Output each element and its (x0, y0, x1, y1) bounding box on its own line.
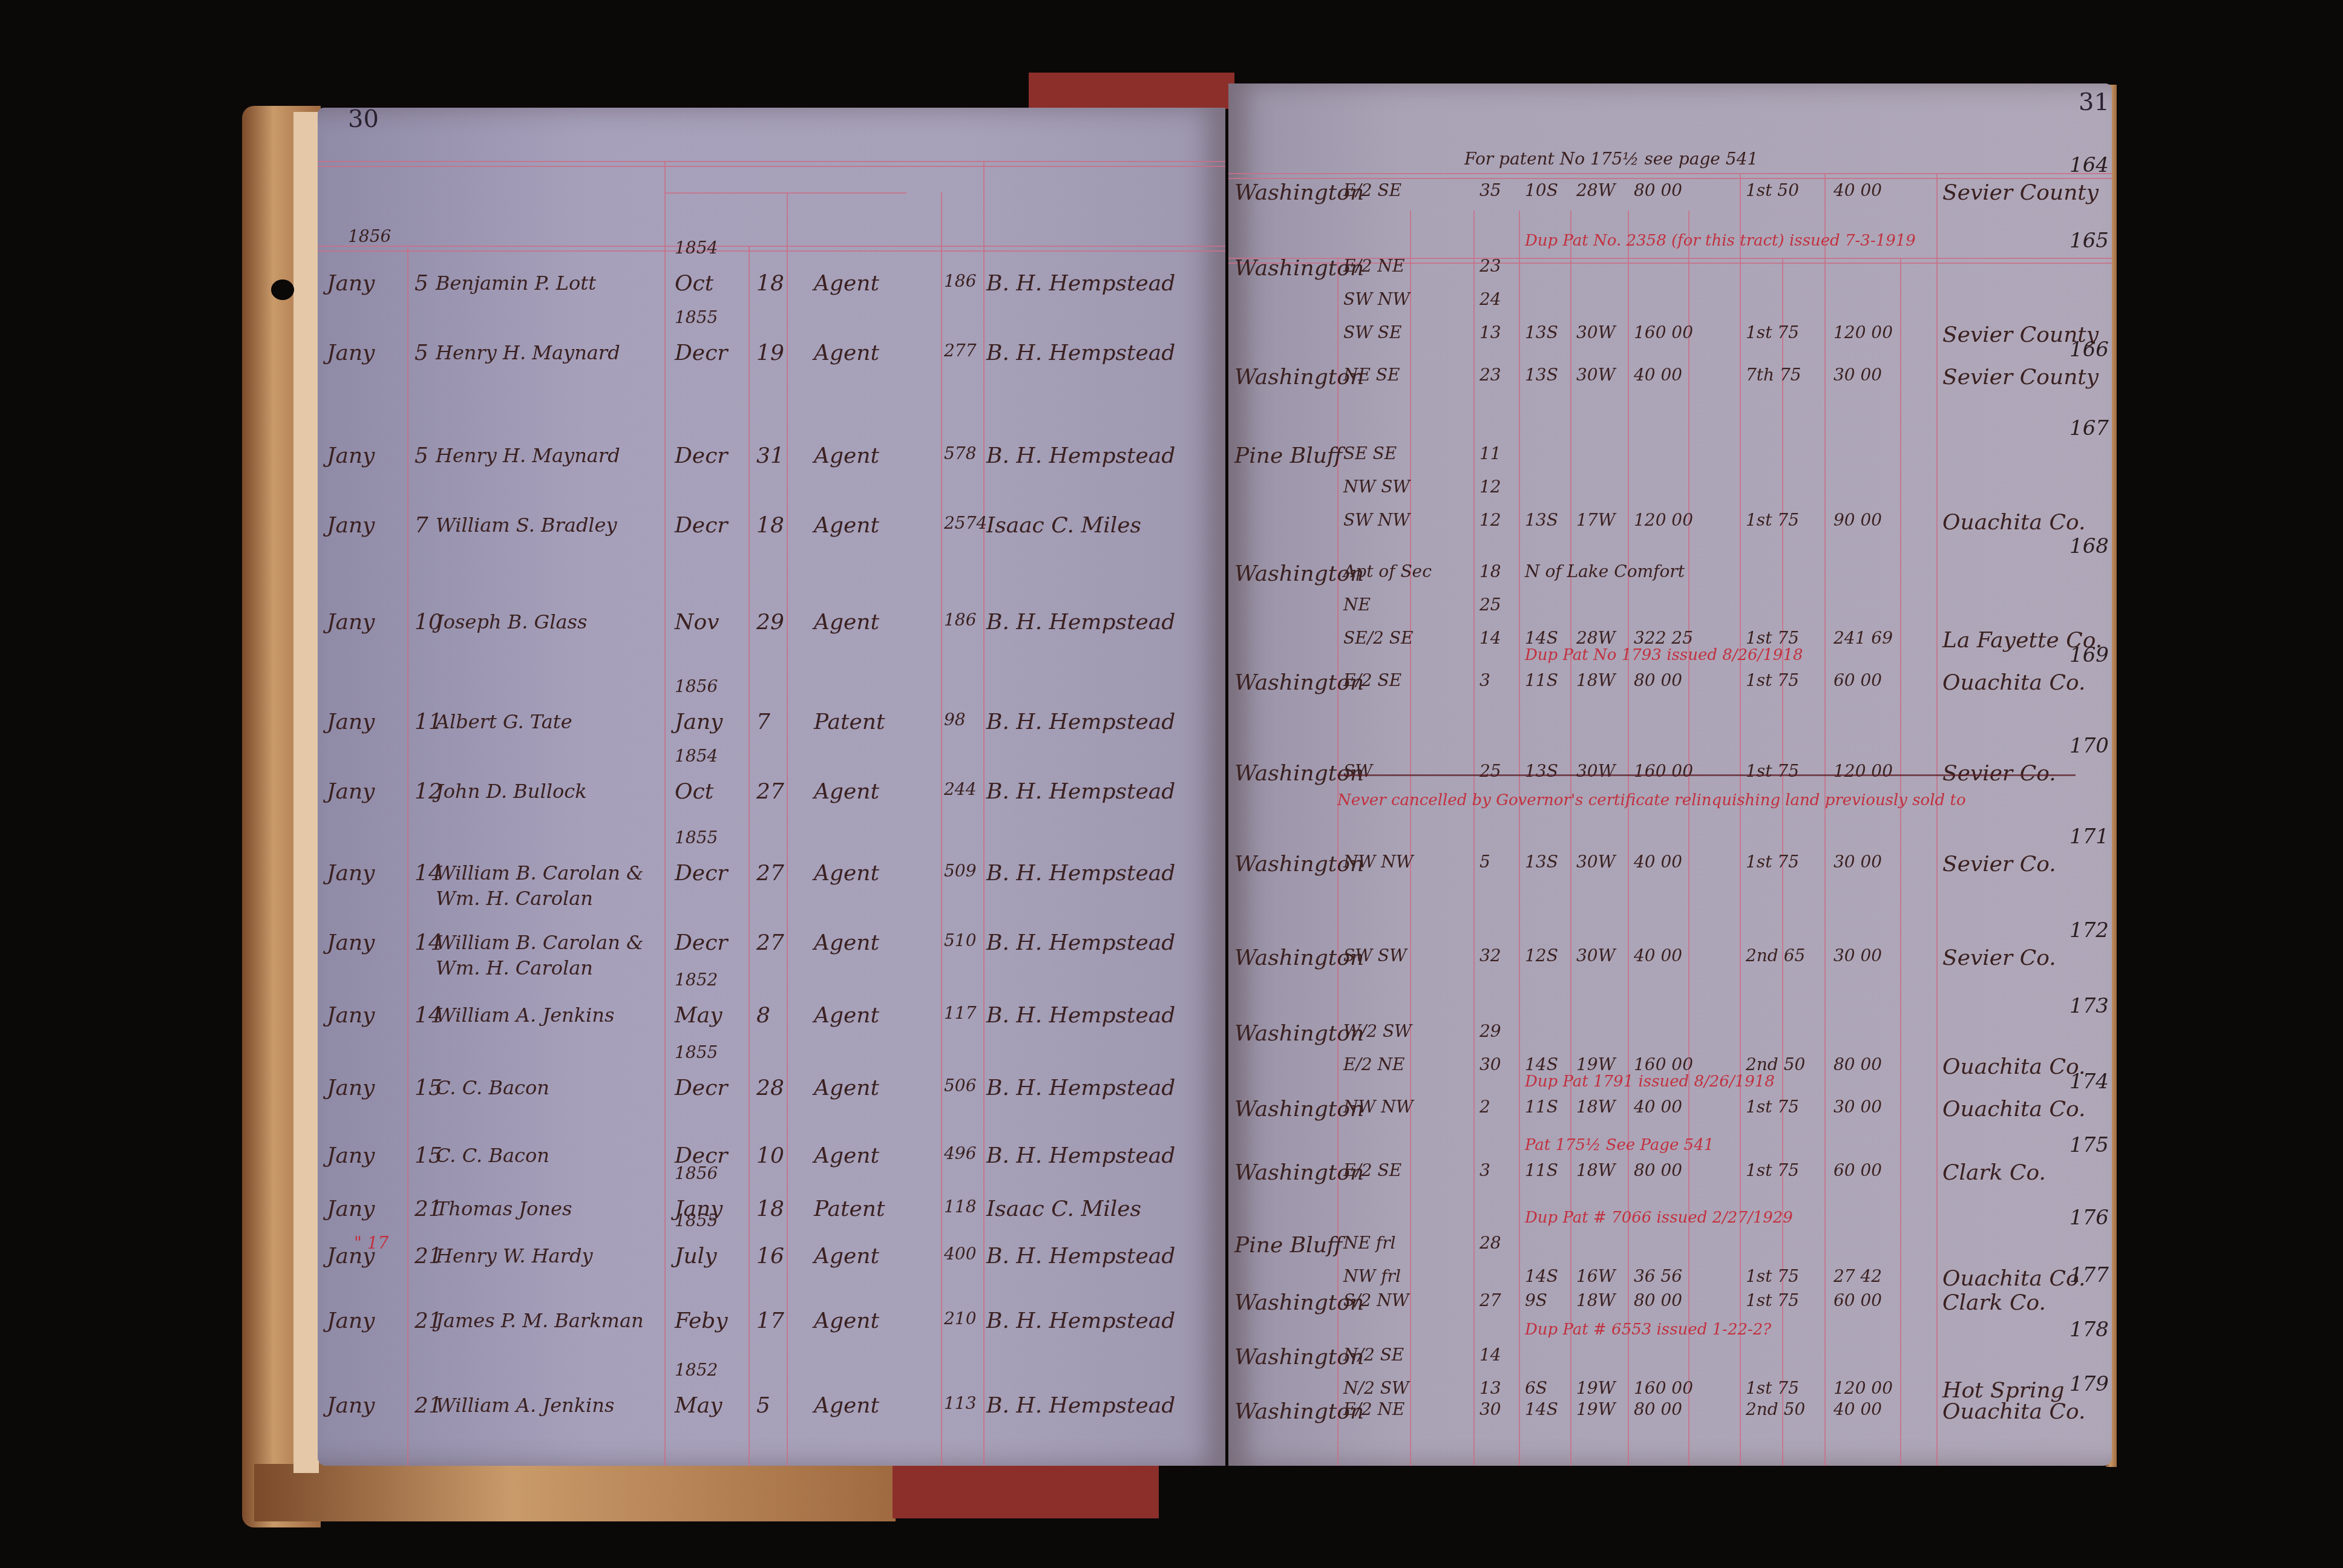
entry-register: B. H. Hempstead (986, 271, 1175, 296)
entry-section: 3 (1480, 1160, 1490, 1180)
entry-cert-no: 186 (944, 271, 976, 291)
entry-section: 27 (1480, 1290, 1501, 1310)
entry-cert-no: 2574 (944, 513, 987, 533)
entry-year: 1856 (675, 676, 718, 696)
col-rule (1473, 211, 1475, 1466)
entry-month: Jany (327, 513, 375, 538)
entry-section: 5 (1480, 852, 1490, 872)
entry-month: Jany (327, 1003, 375, 1028)
entry-year: 1852 (675, 1360, 718, 1380)
col-rule (1410, 211, 1411, 1466)
entry-section: 35 (1480, 180, 1501, 200)
book-spine-red-top (1029, 73, 1234, 109)
entry-town: 13S (1525, 510, 1558, 530)
entry-name: William B. Carolan & Wm. H. Carolan (436, 861, 666, 911)
entry-date-month: May (675, 1003, 723, 1028)
entry-cert-no: 510 (944, 930, 976, 950)
entry-register: B. H. Hempstead (986, 710, 1175, 734)
entry-part: Apt of Sec (1343, 561, 1432, 581)
entry-cert-no: 244 (944, 779, 976, 799)
entry-town: 14S (1525, 1266, 1558, 1286)
col-rule (1519, 211, 1520, 1466)
entry-name: Thomas Jones (436, 1197, 572, 1222)
entry-part: SW SW (1343, 946, 1407, 965)
entry-name: James P. M. Barkman (436, 1308, 644, 1334)
entry-via: Agent (814, 779, 879, 804)
entry-town: 13S (1525, 365, 1558, 385)
entry-county: Ouachita Co. (1942, 510, 2085, 535)
entry-date-day: 29 (756, 610, 784, 635)
entry-part: SW NW (1343, 510, 1410, 530)
entry-acres: 36 56 (1634, 1266, 1682, 1286)
entry-rate: 1st 50 (1746, 180, 1799, 200)
entry-county: Sevier Co. (1942, 946, 2056, 970)
entry-section: 30 (1480, 1054, 1501, 1074)
entry-amount: 90 00 (1833, 510, 1882, 530)
entry-via: Agent (814, 610, 879, 635)
entry-range: 30W (1576, 761, 1615, 781)
entry-acres: 40 00 (1634, 365, 1682, 385)
entry-amount: 60 00 (1833, 1290, 1882, 1310)
entry-section: 29 (1480, 1021, 1501, 1041)
binding-hole (271, 279, 294, 300)
entry-section: 12 (1480, 477, 1501, 497)
entry-cert-no: 496 (944, 1143, 976, 1163)
entry-town: 14S (1525, 1399, 1558, 1419)
entry-amount: 80 00 (1833, 1054, 1882, 1074)
entry-acres: 160 00 (1634, 322, 1693, 342)
entry-rate: 1st 75 (1746, 670, 1799, 690)
entry-register: Isaac C. Miles (986, 1197, 1141, 1221)
entry-section: 14 (1480, 1345, 1501, 1365)
entry-day: 5 (415, 271, 428, 296)
entry-rate: 1st 75 (1746, 1266, 1799, 1286)
entry-cert-no: 277 (944, 341, 976, 361)
entry-rate: 1st 75 (1746, 852, 1799, 872)
entry-town: 13S (1525, 852, 1558, 872)
entry-register: B. H. Hempstead (986, 1244, 1175, 1269)
entry-part: NW SW (1343, 477, 1410, 497)
entry-date-day: 28 (756, 1076, 784, 1100)
entry-acres: 80 00 (1634, 670, 1682, 690)
entry-rate: 1st 75 (1746, 761, 1799, 781)
entry-year: 1854 (675, 238, 718, 258)
patent-no: 170 (2069, 734, 2109, 758)
patent-no: 168 (2069, 534, 2109, 558)
patent-no: 178 (2069, 1318, 2109, 1342)
entry-month: Jany (327, 1076, 375, 1100)
entry-amount: 120 00 (1833, 1378, 1893, 1398)
entry-day: 5 (415, 341, 428, 365)
entry-part: E/2 NE (1343, 256, 1405, 276)
col-rule (749, 247, 750, 1466)
entry-range: 30W (1576, 852, 1615, 872)
entry-rate: 2nd 50 (1746, 1054, 1805, 1074)
entry-part: NE (1343, 595, 1371, 615)
entry-via: Patent (814, 710, 885, 734)
entry-month: Jany (327, 341, 375, 365)
entry-range: 19W (1576, 1054, 1615, 1074)
entry-part: SE SE (1343, 443, 1397, 463)
entry-name: William A. Jenkins (436, 1003, 614, 1028)
entry-part: NE frl (1343, 1233, 1396, 1253)
entry-town: 12S (1525, 946, 1558, 965)
entry-rate: 1st 75 (1746, 1160, 1799, 1180)
entry-cert-no: 400 (944, 1244, 976, 1264)
entry-name: Henry H. Maynard (436, 443, 620, 469)
entry-county: Sevier County (1942, 365, 2099, 390)
ledger-page-right: 31 For patent No 175½ see page 541 164Wa… (1228, 83, 2112, 1466)
entry-register: B. H. Hempstead (986, 1143, 1175, 1168)
entry-town: 11S (1525, 1160, 1558, 1180)
entry-date-month: Decr (675, 513, 728, 538)
entry-amount: 30 00 (1833, 1097, 1882, 1117)
entry-date-month: Jany (675, 710, 723, 734)
entry-year: 1854 (675, 746, 718, 766)
entry-range: 30W (1576, 322, 1615, 342)
entry-part: NW NW (1343, 852, 1413, 872)
entry-date-day: 16 (756, 1244, 784, 1269)
entry-register: B. H. Hempstead (986, 930, 1175, 955)
entry-range: 17W (1576, 510, 1615, 530)
entry-month: Jany (327, 861, 375, 886)
col-rule (1824, 174, 1826, 1466)
entry-date-month: Decr (675, 861, 728, 886)
entry-rate: 1st 75 (1746, 1378, 1799, 1398)
entry-cert-no: 117 (944, 1003, 976, 1023)
entry-acres: 160 00 (1634, 1054, 1693, 1074)
entry-part: S/2 NW (1343, 1290, 1409, 1310)
entry-town: 13S (1525, 761, 1558, 781)
patent-no: 177 (2069, 1263, 2109, 1287)
entry-amount: 30 00 (1833, 946, 1882, 965)
entry-part: NE SE (1343, 365, 1400, 385)
header-rule-bottom (318, 246, 1225, 252)
entry-register: B. H. Hempstead (986, 861, 1175, 886)
entry-via: Agent (814, 930, 879, 955)
entry-section: 13 (1480, 1378, 1501, 1398)
entry-rate: 1st 75 (1746, 628, 1799, 648)
entry-register: B. H. Hempstead (986, 1076, 1175, 1100)
entry-part: N/2 SE (1343, 1345, 1404, 1365)
entry-amount: 27 42 (1833, 1266, 1882, 1286)
entry-month: Jany (327, 1308, 375, 1333)
patent-no: 166 (2069, 338, 2109, 362)
entry-section: 13 (1480, 322, 1501, 342)
entry-cert-no: 118 (944, 1197, 976, 1217)
entry-date-day: 27 (756, 779, 784, 804)
entry-rate: 1st 75 (1746, 510, 1799, 530)
col-rule (1740, 174, 1741, 1466)
red-annotation: Dup Pat No. 2358 (for this tract) issued… (1525, 232, 1916, 250)
entry-part: E/2 NE (1343, 1054, 1405, 1074)
patent-no: 167 (2069, 416, 2109, 440)
entry-name: William S. Bradley (436, 513, 617, 538)
entry-office: Pine Bluff (1234, 443, 1342, 468)
patent-no: 175 (2069, 1133, 2109, 1157)
entry-part: NW frl (1343, 1266, 1401, 1286)
entry-month: Jany (327, 271, 375, 296)
patent-no: 172 (2069, 918, 2109, 942)
entry-town: 9S (1525, 1290, 1547, 1310)
entry-via: Agent (814, 1308, 879, 1333)
header-rule-top (318, 161, 1225, 167)
entry-amount: 60 00 (1833, 670, 1882, 690)
entry-county: Clark Co. (1942, 1290, 2046, 1315)
entry-amount: 40 00 (1833, 180, 1882, 200)
entry-via: Agent (814, 513, 879, 538)
entry-county: Clark Co. (1942, 1160, 2046, 1185)
entry-name: C. C. Bacon (436, 1076, 549, 1101)
entry-date-month: Decr (675, 1076, 728, 1100)
entry-register: B. H. Hempstead (986, 341, 1175, 365)
entry-month: Jany (327, 779, 375, 804)
entry-year: 1855 (675, 1042, 718, 1062)
entry-section: 24 (1480, 289, 1501, 309)
entry-rate: 1st 75 (1746, 1097, 1799, 1117)
entry-range: 28W (1576, 180, 1615, 200)
entry-month: Jany (327, 610, 375, 635)
entry-part: E/2 NE (1343, 1399, 1405, 1419)
col-rule (1570, 211, 1571, 1466)
entry-acres: 40 00 (1634, 946, 1682, 965)
entry-part: SW (1343, 761, 1372, 781)
red-annotation: Dup Pat # 6553 issued 1-22-2? (1525, 1321, 1771, 1339)
entry-day: 7 (415, 513, 428, 538)
entry-register: B. H. Hempstead (986, 443, 1175, 468)
entry-town: 11S (1525, 1097, 1558, 1117)
entry-via: Agent (814, 1143, 879, 1168)
entry-amount: 241 69 (1833, 628, 1893, 648)
entry-name: William A. Jenkins (436, 1393, 614, 1419)
entry-register: B. H. Hempstead (986, 1308, 1175, 1333)
entry-date-month: Oct (675, 271, 713, 296)
entry-section: 12 (1480, 510, 1501, 530)
entry-range: 16W (1576, 1266, 1615, 1286)
entry-date-day: 5 (756, 1393, 770, 1418)
ledger-page-left: 30 1856 Jany5Benjamin P. Lott1854Oct18Ag… (318, 108, 1225, 1466)
entry-county: Ouachita Co. (1942, 670, 2085, 695)
entry-amount: 120 00 (1833, 322, 1893, 342)
entry-acres: 80 00 (1634, 1290, 1682, 1310)
entry-amount: 30 00 (1833, 365, 1882, 385)
col-rule (1936, 174, 1938, 1466)
entry-via: Agent (814, 861, 879, 886)
entry-register: B. H. Hempstead (986, 1393, 1175, 1418)
entry-acres: 40 00 (1634, 852, 1682, 872)
entry-acres: 80 00 (1634, 1160, 1682, 1180)
entry-month: Jany (327, 443, 375, 468)
entry-year: 1856 (675, 1163, 718, 1183)
entry-cert-no: 113 (944, 1393, 976, 1413)
entry-date-month: Oct (675, 779, 713, 804)
entry-range: 19W (1576, 1399, 1615, 1419)
entry-date-day: 31 (756, 443, 784, 468)
entry-part: E/2 SE (1343, 180, 1401, 200)
entry-month: Jany (327, 1393, 375, 1418)
entry-county: Sevier Co. (1942, 761, 2056, 786)
red-annotation: Dup Pat 1791 issued 8/26/1918 (1525, 1073, 1775, 1091)
entry-rate: 7th 75 (1746, 365, 1801, 385)
entry-range: 18W (1576, 670, 1615, 690)
entry-section: 28 (1480, 1233, 1501, 1253)
patent-no: 169 (2069, 643, 2109, 667)
entry-date-day: 7 (756, 710, 770, 734)
entry-date-month: Decr (675, 443, 728, 468)
entry-county: Ouachita Co. (1942, 1399, 2085, 1424)
entry-date-day: 18 (756, 1197, 784, 1221)
entry-register: B. H. Hempstead (986, 610, 1175, 635)
patent-no: 165 (2069, 229, 2109, 253)
entry-acres: 80 00 (1634, 1399, 1682, 1419)
entry-part: E/2 SE (1343, 670, 1401, 690)
entry-part: SE/2 SE (1343, 628, 1413, 648)
red-annotation: Dup Pat # 7066 issued 2/27/1929 (1525, 1209, 1793, 1227)
book-spine-red-bottom (893, 1464, 1159, 1518)
entry-rate: 2nd 50 (1746, 1399, 1805, 1419)
col-rule (787, 192, 788, 1466)
entry-acres: 120 00 (1634, 510, 1693, 530)
entry-note: N of Lake Comfort (1525, 561, 1685, 581)
col-rule (983, 161, 985, 1466)
entry-name: Joseph B. Glass (436, 610, 587, 635)
entry-via: Agent (814, 1076, 879, 1100)
entry-section: 23 (1480, 365, 1501, 385)
entry-amount: 120 00 (1833, 761, 1893, 781)
entry-town: 10S (1525, 180, 1558, 200)
entry-part: SW NW (1343, 289, 1410, 309)
entry-part: SW SE (1343, 322, 1401, 342)
entry-section: 32 (1480, 946, 1501, 965)
page-stack-left (293, 112, 319, 1473)
entry-month: Jany (327, 1197, 375, 1221)
entry-county: Sevier County (1942, 180, 2099, 205)
entry-section: 2 (1480, 1097, 1490, 1117)
entry-name: Henry W. Hardy (436, 1244, 592, 1269)
entry-cert-no: 98 (944, 710, 966, 730)
entry-county: Sevier Co. (1942, 852, 2056, 877)
entry-rate: 1st 75 (1746, 322, 1799, 342)
entry-date-month: Nov (675, 610, 719, 635)
entry-via: Agent (814, 443, 879, 468)
entry-rate: 2nd 65 (1746, 946, 1805, 965)
entry-range: 28W (1576, 628, 1615, 648)
entry-town: 14S (1525, 628, 1558, 648)
page-number-right: 31 (2079, 88, 2109, 116)
year-header: 1856 (348, 226, 391, 246)
entry-range: 30W (1576, 365, 1615, 385)
entry-date-day: 17 (756, 1308, 784, 1333)
entry-via: Agent (814, 1393, 879, 1418)
entry-cert-no: 509 (944, 861, 976, 881)
entry-month: Jany (327, 930, 375, 955)
entry-date-month: Decr (675, 930, 728, 955)
entry-date-day: 10 (756, 1143, 784, 1168)
patent-no: 171 (2069, 825, 2109, 849)
entry-range: 18W (1576, 1160, 1615, 1180)
entry-name: William B. Carolan & Wm. H. Carolan (436, 930, 666, 981)
patent-no: 179 (2069, 1372, 2109, 1396)
entry-name: C. C. Bacon (436, 1143, 549, 1169)
entry-town: 14S (1525, 1054, 1558, 1074)
entry-via: Patent (814, 1197, 885, 1221)
entry-cert-no: 186 (944, 610, 976, 630)
patent-no: 164 (2069, 153, 2109, 177)
entry-amount: 60 00 (1833, 1160, 1882, 1180)
col-rule (1628, 211, 1629, 1466)
entry-date-day: 27 (756, 930, 784, 955)
entry-year: 1852 (675, 970, 718, 990)
entry-part: N/2 SW (1343, 1378, 1409, 1398)
entry-day: 5 (415, 443, 428, 468)
entry-date-day: 8 (756, 1003, 770, 1028)
red-annotation: Dup Pat No 1793 issued 8/26/1918 (1525, 646, 1803, 664)
entry-year: 1855 (675, 1210, 718, 1230)
entry-date-month: Feby (675, 1308, 728, 1333)
margin-note: " 17 (354, 1233, 388, 1253)
entry-office: Pine Bluff (1234, 1233, 1342, 1258)
entry-part: NW NW (1343, 1097, 1413, 1117)
entry-part: E/2 SE (1343, 1160, 1401, 1180)
entry-month: Jany (327, 1143, 375, 1168)
entry-part: W/2 SW (1343, 1021, 1412, 1041)
col-rule (1688, 211, 1689, 1466)
entry-section: 30 (1480, 1399, 1501, 1419)
entry-section: 23 (1480, 256, 1501, 276)
patent-no: 176 (2069, 1206, 2109, 1230)
entry-acres: 322 25 (1634, 628, 1693, 648)
entry-date-day: 18 (756, 271, 784, 296)
entry-via: Agent (814, 341, 879, 365)
entry-town: 6S (1525, 1378, 1547, 1398)
entry-acres: 40 00 (1634, 1097, 1682, 1117)
entry-county: Ouachita Co. (1942, 1266, 2085, 1291)
header-subrule (664, 192, 906, 194)
entry-via: Agent (814, 271, 879, 296)
entry-acres: 160 00 (1634, 1378, 1693, 1398)
entry-acres: 80 00 (1634, 180, 1682, 200)
entry-section: 25 (1480, 595, 1501, 615)
entry-county: Ouachita Co. (1942, 1097, 2085, 1122)
entry-cert-no: 210 (944, 1308, 976, 1328)
col-rule (1900, 259, 1901, 1466)
entry-range: 19W (1576, 1378, 1615, 1398)
entry-range: 30W (1576, 946, 1615, 965)
entry-amount: 30 00 (1833, 852, 1882, 872)
entry-acres: 160 00 (1634, 761, 1693, 781)
entry-date-day: 18 (756, 513, 784, 538)
entry-month: Jany (327, 710, 375, 734)
col-rule (407, 248, 408, 1466)
entry-town: 13S (1525, 322, 1558, 342)
entry-county: Ouachita Co. (1942, 1054, 2085, 1079)
col-rule (941, 192, 942, 1466)
entry-section: 11 (1480, 443, 1501, 463)
entry-section: 18 (1480, 561, 1501, 581)
entry-date-day: 27 (756, 861, 784, 886)
entry-register: Isaac C. Miles (986, 513, 1141, 538)
entry-cert-no: 578 (944, 443, 976, 463)
entry-date-month: May (675, 1393, 723, 1418)
col-rule (664, 161, 666, 1466)
entry-date-month: July (675, 1244, 716, 1269)
page-number-left: 30 (348, 108, 379, 133)
entry-date-month: Decr (675, 341, 728, 365)
entry-section: 14 (1480, 628, 1501, 648)
entry-date-day: 19 (756, 341, 784, 365)
book-cover-bottom-edge (254, 1464, 896, 1521)
entry-section: 25 (1480, 761, 1501, 781)
